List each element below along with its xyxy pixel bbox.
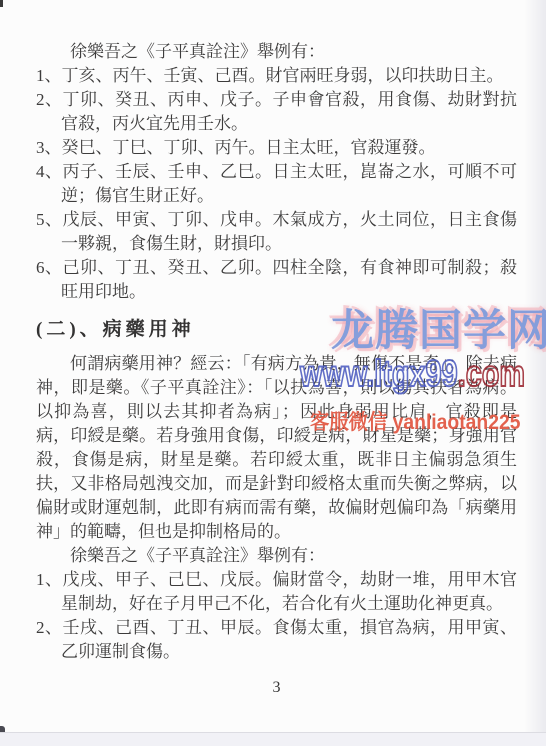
scan-edge-shadow (524, 0, 546, 732)
item-text: 丁亥、丙午、壬寅、己酉。財官兩旺身弱，以印扶助日主。 (62, 66, 504, 85)
item-text: 丙子、壬辰、壬申、乙巳。日主太旺，崑崙之水，可順不可逆；傷官生財正好。 (61, 162, 517, 205)
section-heading: (二)、病藥用神 (36, 317, 517, 343)
list-item: 2、壬戌、己酉、丁丑、甲辰。食傷太重，損官為病，用甲寅、乙卯運制食傷。 (36, 616, 517, 664)
list-item: 2、丁卯、癸丑、丙申、戊子。子申會官殺，用食傷、劫財對抗官殺，丙火宜先用壬水。 (36, 88, 517, 136)
body-paragraph: 何謂病藥用神？經云：「有病方為貴，無傷不是奇」；除去病神，即是藥。《子平真詮注》… (36, 352, 517, 544)
item-text: 壬戌、己酉、丁丑、甲辰。食傷太重，損官為病，用甲寅、乙卯運制食傷。 (61, 618, 517, 661)
background-below-page (0, 732, 546, 746)
item-number: 2、 (36, 90, 63, 109)
item-number: 5、 (36, 210, 63, 229)
scan-artifact-top-left (0, 0, 3, 7)
list-item: 5、戊辰、甲寅、丁卯、戊申。木氣成方，火土同位，日主食傷一夥親，食傷生財，財損印… (36, 208, 517, 256)
item-text: 戊戌、甲子、己巳、戊辰。偏財當令，劫財一堆，用甲木官星制劫，好在子月甲己不化，若… (61, 570, 517, 613)
list-item: 1、戊戌、甲子、己巳、戊辰。偏財當令，劫財一堆，用甲木官星制劫，好在子月甲己不化… (36, 568, 517, 616)
item-text: 戊辰、甲寅、丁卯、戊申。木氣成方，火土同位，日主食傷一夥親，食傷生財，財損印。 (61, 210, 517, 253)
list-item: 4、丙子、壬辰、壬申、乙巳。日主太旺，崑崙之水，可順不可逆；傷官生財正好。 (36, 160, 517, 208)
list-item: 1、丁亥、丙午、壬寅、己酉。財官兩旺身弱，以印扶助日主。 (36, 64, 517, 88)
item-number: 6、 (36, 258, 63, 277)
list-item: 6、己卯、丁丑、癸丑、乙卯。四柱全陰，有食神即可制殺；殺旺用印地。 (36, 256, 517, 304)
page-paper: 徐樂吾之《子平真詮注》舉例有： 1、丁亥、丙午、壬寅、己酉。財官兩旺身弱，以印扶… (0, 0, 546, 732)
page-content: 徐樂吾之《子平真詮注》舉例有： 1、丁亥、丙午、壬寅、己酉。財官兩旺身弱，以印扶… (36, 40, 517, 700)
example-list-1: 1、丁亥、丙午、壬寅、己酉。財官兩旺身弱，以印扶助日主。 2、丁卯、癸丑、丙申、… (36, 64, 517, 304)
item-number: 1、 (36, 66, 62, 85)
item-number: 2、 (36, 618, 63, 637)
scanned-book-page: { "content": { "intro1": "徐樂吾之《子平真詮注》舉例有… (0, 0, 546, 746)
item-text: 己卯、丁丑、癸丑、乙卯。四柱全陰，有食神即可制殺；殺旺用印地。 (61, 258, 517, 301)
intro-line-1: 徐樂吾之《子平真詮注》舉例有： (36, 40, 517, 64)
page-number: 3 (36, 676, 517, 700)
item-number: 1、 (36, 570, 63, 589)
item-number: 4、 (36, 162, 63, 181)
example-list-2: 1、戊戌、甲子、己巳、戊辰。偏財當令，劫財一堆，用甲木官星制劫，好在子月甲己不化… (36, 568, 517, 664)
intro-line-2: 徐樂吾之《子平真詮注》舉例有： (36, 544, 517, 568)
item-text: 癸巳、丁巳、丁卯、丙午。日主太旺，官殺運發。 (62, 138, 436, 157)
list-item: 3、癸巳、丁巳、丁卯、丙午。日主太旺，官殺運發。 (36, 136, 517, 160)
item-text: 丁卯、癸丑、丙申、戊子。子申會官殺，用食傷、劫財對抗官殺，丙火宜先用壬水。 (61, 90, 517, 133)
item-number: 3、 (36, 138, 62, 157)
